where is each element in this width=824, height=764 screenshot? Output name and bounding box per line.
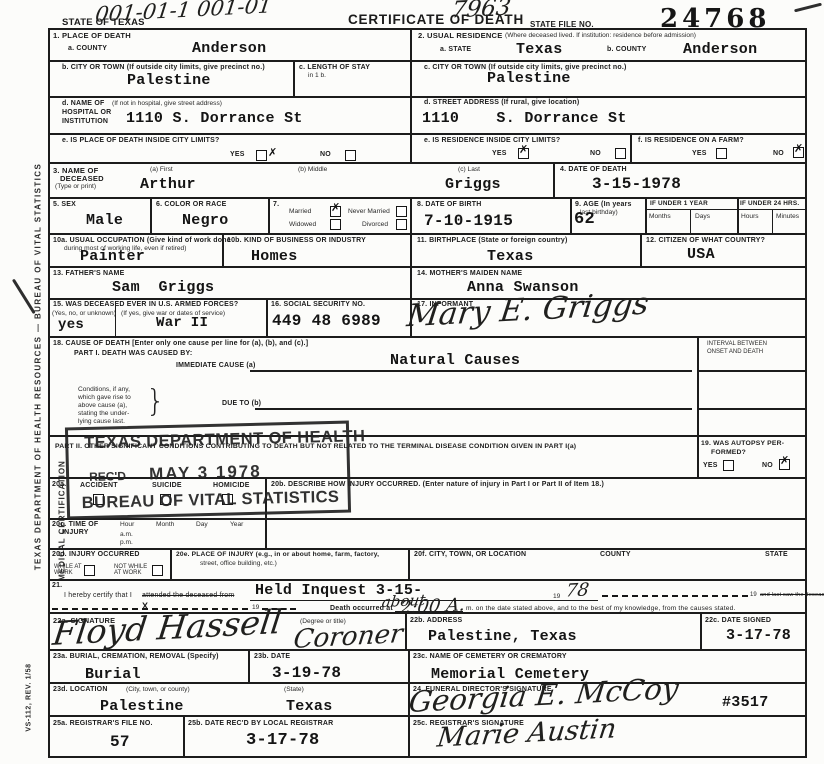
divider: [697, 336, 699, 477]
registrar-file-value: 57: [110, 733, 130, 751]
certify-text1: I hereby certify that I: [64, 592, 132, 600]
immediate-cause-value: Natural Causes: [390, 352, 520, 369]
place-limits-yes-mark: ✗: [268, 147, 277, 158]
address-value: Palestine, Texas: [428, 628, 577, 645]
hospital-label2: HOSPITAL OR: [62, 109, 111, 117]
date-signed-label: 22c. DATE SIGNED: [705, 617, 771, 625]
death-certificate-scan: TEXAS DEPARTMENT OF HEALTH RESOURCES — B…: [0, 0, 824, 764]
street-value: 1110 S. Dorrance St: [422, 110, 627, 127]
occupation-value: Painter: [80, 248, 145, 265]
divider: [183, 715, 185, 756]
farm-no-mark: ✗: [794, 143, 803, 154]
place-of-death-title: 1. PLACE OF DEATH: [53, 31, 131, 40]
location-city-value: Palestine: [100, 698, 184, 715]
cemetery-label: 23c. NAME OF CEMETERY OR CREMATORY: [413, 653, 567, 661]
pen-stroke-left: [12, 279, 35, 314]
divorced-checkbox: [396, 219, 407, 230]
industry-label: 10b. KIND OF BUSINESS OR INDUSTRY: [227, 237, 366, 245]
usual-residence-hint: (Where deceased lived. If institution: r…: [505, 32, 696, 40]
divider: [410, 28, 412, 162]
divider: [48, 162, 807, 164]
burial-label: 23a. BURIAL, CREMATION, REMOVAL (Specify…: [53, 653, 219, 661]
certify-struck2: and last saw the deceased alive: [760, 592, 824, 599]
divider: [645, 197, 647, 233]
divider: [266, 298, 268, 336]
burial-date-value: 3-19-78: [272, 664, 341, 682]
injury-20a-label: 20a.: [52, 481, 66, 489]
not-while-at-work-checkbox: [152, 565, 163, 576]
last-name-label: (c) Last: [458, 166, 480, 174]
middle-name-label: (b) Middle: [298, 166, 327, 174]
autopsy-label2: FORMED?: [711, 449, 746, 457]
farm-label: f. IS RESIDENCE ON A FARM?: [638, 137, 744, 145]
res-county-value: Anderson: [683, 41, 757, 58]
injury-state-label: STATE: [765, 551, 788, 559]
divider: [293, 60, 295, 96]
divider: [48, 579, 807, 581]
funeral-director-number: #3517: [722, 694, 769, 711]
divider: [48, 518, 807, 520]
divider: [48, 133, 807, 135]
injury-occurred-label: 20d. INJURY OCCURRED: [52, 551, 140, 559]
pen-stroke-top-right: [794, 3, 822, 13]
location-state-value: Texas: [286, 698, 333, 715]
location-hint1: (City, town, or county): [126, 686, 190, 694]
immediate-cause-label: IMMEDIATE CAUSE (a): [176, 362, 256, 370]
conditions-note-4: stating the under-: [78, 410, 129, 418]
conditions-note-3: above cause (a),: [78, 402, 127, 410]
conditions-note-2: which gave rise to: [78, 394, 131, 402]
widowed-label: Widowed: [289, 221, 316, 229]
autopsy-no-mark: ✗: [780, 455, 789, 466]
handwritten-number: 7963: [450, 0, 512, 24]
time-of-injury-label2: INJURY: [62, 529, 89, 537]
place-limits-label: e. IS PLACE OF DEATH INSIDE CITY LIMITS?: [62, 137, 219, 145]
res-county-label: b. COUNTY: [607, 46, 647, 54]
work-label: WORK: [54, 570, 73, 577]
name-title3: (Type or print): [55, 183, 96, 191]
certify-year-pre-b: 19: [750, 592, 757, 599]
certify-year-handwritten: 78: [565, 579, 591, 601]
divider: [553, 162, 555, 197]
divider: [48, 96, 807, 98]
birthplace-value: Texas: [487, 248, 534, 265]
yes-label: YES: [230, 151, 245, 159]
county-value: Anderson: [192, 40, 266, 57]
farm-yes-label: YES: [692, 150, 707, 158]
res-limits-no-checkbox: [615, 148, 626, 159]
certify-text2: m. on the date stated above, and to the …: [466, 605, 736, 613]
divider: [48, 336, 807, 338]
forces-value2: War II: [156, 315, 208, 331]
hospital-hint: (If not in hospital, give street address…: [112, 100, 222, 108]
race-value: Negro: [182, 212, 229, 229]
citizen-label: 12. CITIZEN OF WHAT COUNTRY?: [646, 237, 765, 245]
divider: [697, 370, 807, 372]
divider: [408, 548, 410, 579]
first-name-value: Arthur: [140, 176, 196, 193]
place-limits-no-checkbox: [345, 150, 356, 161]
registrar-date-label: 25b. DATE REC'D BY LOCAL REGISTRAR: [188, 720, 333, 728]
at-work-label: AT WORK: [114, 570, 141, 577]
autopsy-yes-checkbox: [723, 460, 734, 471]
pm-label: p.m.: [120, 539, 133, 547]
citizen-value: USA: [687, 246, 715, 263]
hospital-label: d. NAME OF: [62, 100, 104, 108]
handwritten-district-code: 001-01-1 001-01: [94, 0, 273, 27]
autopsy-no-label: NO: [762, 462, 773, 470]
cause-line-b: [255, 408, 692, 410]
received-stamp: TEXAS DEPARTMENT OF HEALTH REC'D MAY 3 1…: [65, 421, 351, 520]
res-limits-no-label: NO: [590, 150, 601, 158]
divider: [645, 209, 807, 210]
divider: [408, 649, 410, 682]
street-label: d. STREET ADDRESS (If rural, give locati…: [424, 99, 579, 107]
year-label: Year: [230, 521, 243, 529]
res-city-value: Palestine: [487, 70, 571, 87]
injury-county-label: COUNTY: [600, 551, 631, 559]
due-to-b-label: DUE TO (b): [222, 400, 261, 408]
location-hint2: (State): [284, 686, 304, 694]
margin-agency-text: TEXAS DEPARTMENT OF HEALTH RESOURCES — B…: [34, 87, 43, 647]
divider: [248, 649, 250, 682]
farm-yes-checkbox: [716, 148, 727, 159]
race-label: 6. COLOR OR RACE: [156, 201, 226, 209]
burial-date-label: 23b. DATE: [254, 653, 290, 661]
date-of-death-label: 4. DATE OF DEATH: [560, 166, 627, 174]
divider: [570, 197, 572, 233]
divider: [630, 133, 632, 162]
minutes-label: Minutes: [776, 213, 799, 221]
ssn-value: 449 48 6989: [272, 312, 381, 330]
autopsy-yes-label: YES: [703, 462, 718, 470]
first-name-label: (a) First: [150, 166, 173, 174]
cause-part1: PART I. DEATH WAS CAUSED BY:: [74, 350, 192, 358]
place-of-injury-label1: 20e. PLACE OF INJURY (e.g., in or about …: [176, 551, 379, 559]
ssn-label: 16. SOCIAL SECURITY NO.: [271, 301, 365, 309]
divider: [700, 612, 702, 649]
usual-residence-title: 2. USUAL RESIDENCE: [418, 31, 502, 40]
length-of-stay-label2: in 1 b.: [308, 72, 326, 80]
if-under-1-year-label: IF UNDER 1 YEAR: [650, 200, 708, 208]
divider: [690, 209, 691, 233]
name-title2: DECEASED: [60, 174, 104, 183]
while-at-work-checkbox: [84, 565, 95, 576]
divider: [48, 233, 807, 235]
registrar-date-value: 3-17-78: [246, 731, 320, 750]
address-label: 22b. ADDRESS: [410, 617, 462, 625]
never-married-checkbox: [396, 206, 407, 217]
state-label: a. STATE: [440, 46, 471, 54]
injury-city-label: 20f. CITY, TOWN, OR LOCATION: [414, 551, 526, 559]
birthplace-label: 11. BIRTHPLACE (State or foreign country…: [417, 237, 568, 245]
stamp-date: MAY 3 1978: [149, 462, 262, 485]
married-mark: ✗: [331, 202, 340, 213]
informant-signature: Mary E. Griggs: [405, 286, 651, 335]
date-of-death-value: 3-15-1978: [592, 175, 681, 193]
date-of-birth-label: 8. DATE OF BIRTH: [417, 201, 482, 209]
certify-struck1: attended the deceased from: [142, 592, 234, 600]
degree-or-title-value: Coroner: [292, 619, 405, 655]
divorced-label: Divorced: [362, 221, 388, 229]
autopsy-label1: 19. WAS AUTOPSY PER-: [701, 440, 784, 448]
city-value: Palestine: [127, 72, 211, 89]
border-bottom: [48, 756, 807, 758]
hours-label: Hours: [741, 213, 759, 221]
divider: [170, 548, 172, 579]
widowed-checkbox: [330, 219, 341, 230]
months-label: Months: [649, 213, 671, 221]
stamp-line3: BUREAU OF VITAL STATISTICS: [82, 488, 340, 513]
conditions-brace: }: [146, 384, 165, 419]
divider: [48, 548, 807, 550]
conditions-note-1: Conditions, if any,: [78, 386, 130, 394]
res-limits-label: e. IS RESIDENCE INSIDE CITY LIMITS?: [424, 137, 560, 145]
divider: [48, 197, 807, 199]
sex-value: Male: [86, 212, 123, 229]
sex-label: 5. SEX: [53, 201, 76, 209]
res-limits-yes-mark: ✗: [519, 144, 528, 155]
last-name-value: Griggs: [445, 176, 501, 193]
married-label: Married: [289, 208, 311, 216]
if-under-24-hrs-label: IF UNDER 24 HRS.: [740, 200, 799, 208]
hospital-value: 1110 S. Dorrance St: [126, 110, 303, 127]
marital-label: 7.: [273, 201, 279, 209]
hour-label: Hour: [120, 521, 134, 529]
am-label: a.m.: [120, 531, 133, 539]
res-limits-yes-label: YES: [492, 150, 507, 158]
divider: [772, 209, 773, 233]
industry-value: Homes: [251, 248, 298, 265]
month-label: Month: [156, 521, 174, 529]
divider: [697, 408, 807, 410]
registrar-file-label: 25a. REGISTRAR'S FILE NO.: [53, 720, 153, 728]
forces-value1: yes: [58, 317, 84, 333]
never-married-label: Never Married: [348, 208, 390, 216]
handwritten-time: 2:00 A.: [398, 594, 466, 618]
burial-value: Burial: [85, 666, 141, 683]
no-label: NO: [320, 151, 331, 159]
age-value: 62: [574, 210, 595, 229]
interval-label-1: INTERVAL BETWEEN: [707, 341, 767, 348]
divider: [408, 715, 410, 756]
mother-label: 14. MOTHER'S MAIDEN NAME: [417, 270, 522, 278]
divider: [48, 60, 807, 62]
cause-line-a: [250, 370, 692, 372]
cause-title: 18. CAUSE OF DEATH [Enter only one cause…: [53, 340, 308, 348]
state-value: Texas: [516, 41, 563, 58]
stamp-line1: TEXAS DEPARTMENT OF HEALTH: [84, 427, 366, 453]
forces-label: 15. WAS DECEASED EVER IN U.S. ARMED FORC…: [53, 301, 238, 309]
divider: [640, 233, 642, 266]
place-of-injury-label2: street, office building, etc.): [200, 560, 277, 568]
divider: [268, 197, 270, 233]
county-label: a. COUNTY: [68, 45, 107, 53]
date-signed-value: 3-17-78: [726, 627, 791, 644]
father-label: 13. FATHER'S NAME: [53, 270, 124, 278]
divider: [48, 649, 807, 651]
certify-num: 21.: [52, 582, 62, 590]
interval-label-2: ONSET AND DEATH: [707, 349, 763, 356]
divider: [737, 197, 739, 233]
location-label: 23d. LOCATION: [53, 686, 108, 694]
margin-form-code: VS-112, REV. 1/58: [26, 638, 33, 758]
certify-dash-strike1: [602, 595, 748, 597]
hospital-label3: INSTITUTION: [62, 118, 108, 126]
place-limits-yes-checkbox: [256, 150, 267, 161]
day-label: Day: [196, 521, 208, 529]
divider: [48, 266, 807, 268]
divider: [150, 197, 152, 233]
date-of-birth-value: 7-10-1915: [424, 212, 513, 230]
days-label: Days: [695, 213, 710, 221]
father-value: Sam Griggs: [112, 279, 214, 296]
stamp-recd: REC'D: [89, 469, 126, 484]
conditions-note-5: lying cause last.: [78, 418, 125, 426]
farm-no-label: NO: [773, 150, 784, 158]
